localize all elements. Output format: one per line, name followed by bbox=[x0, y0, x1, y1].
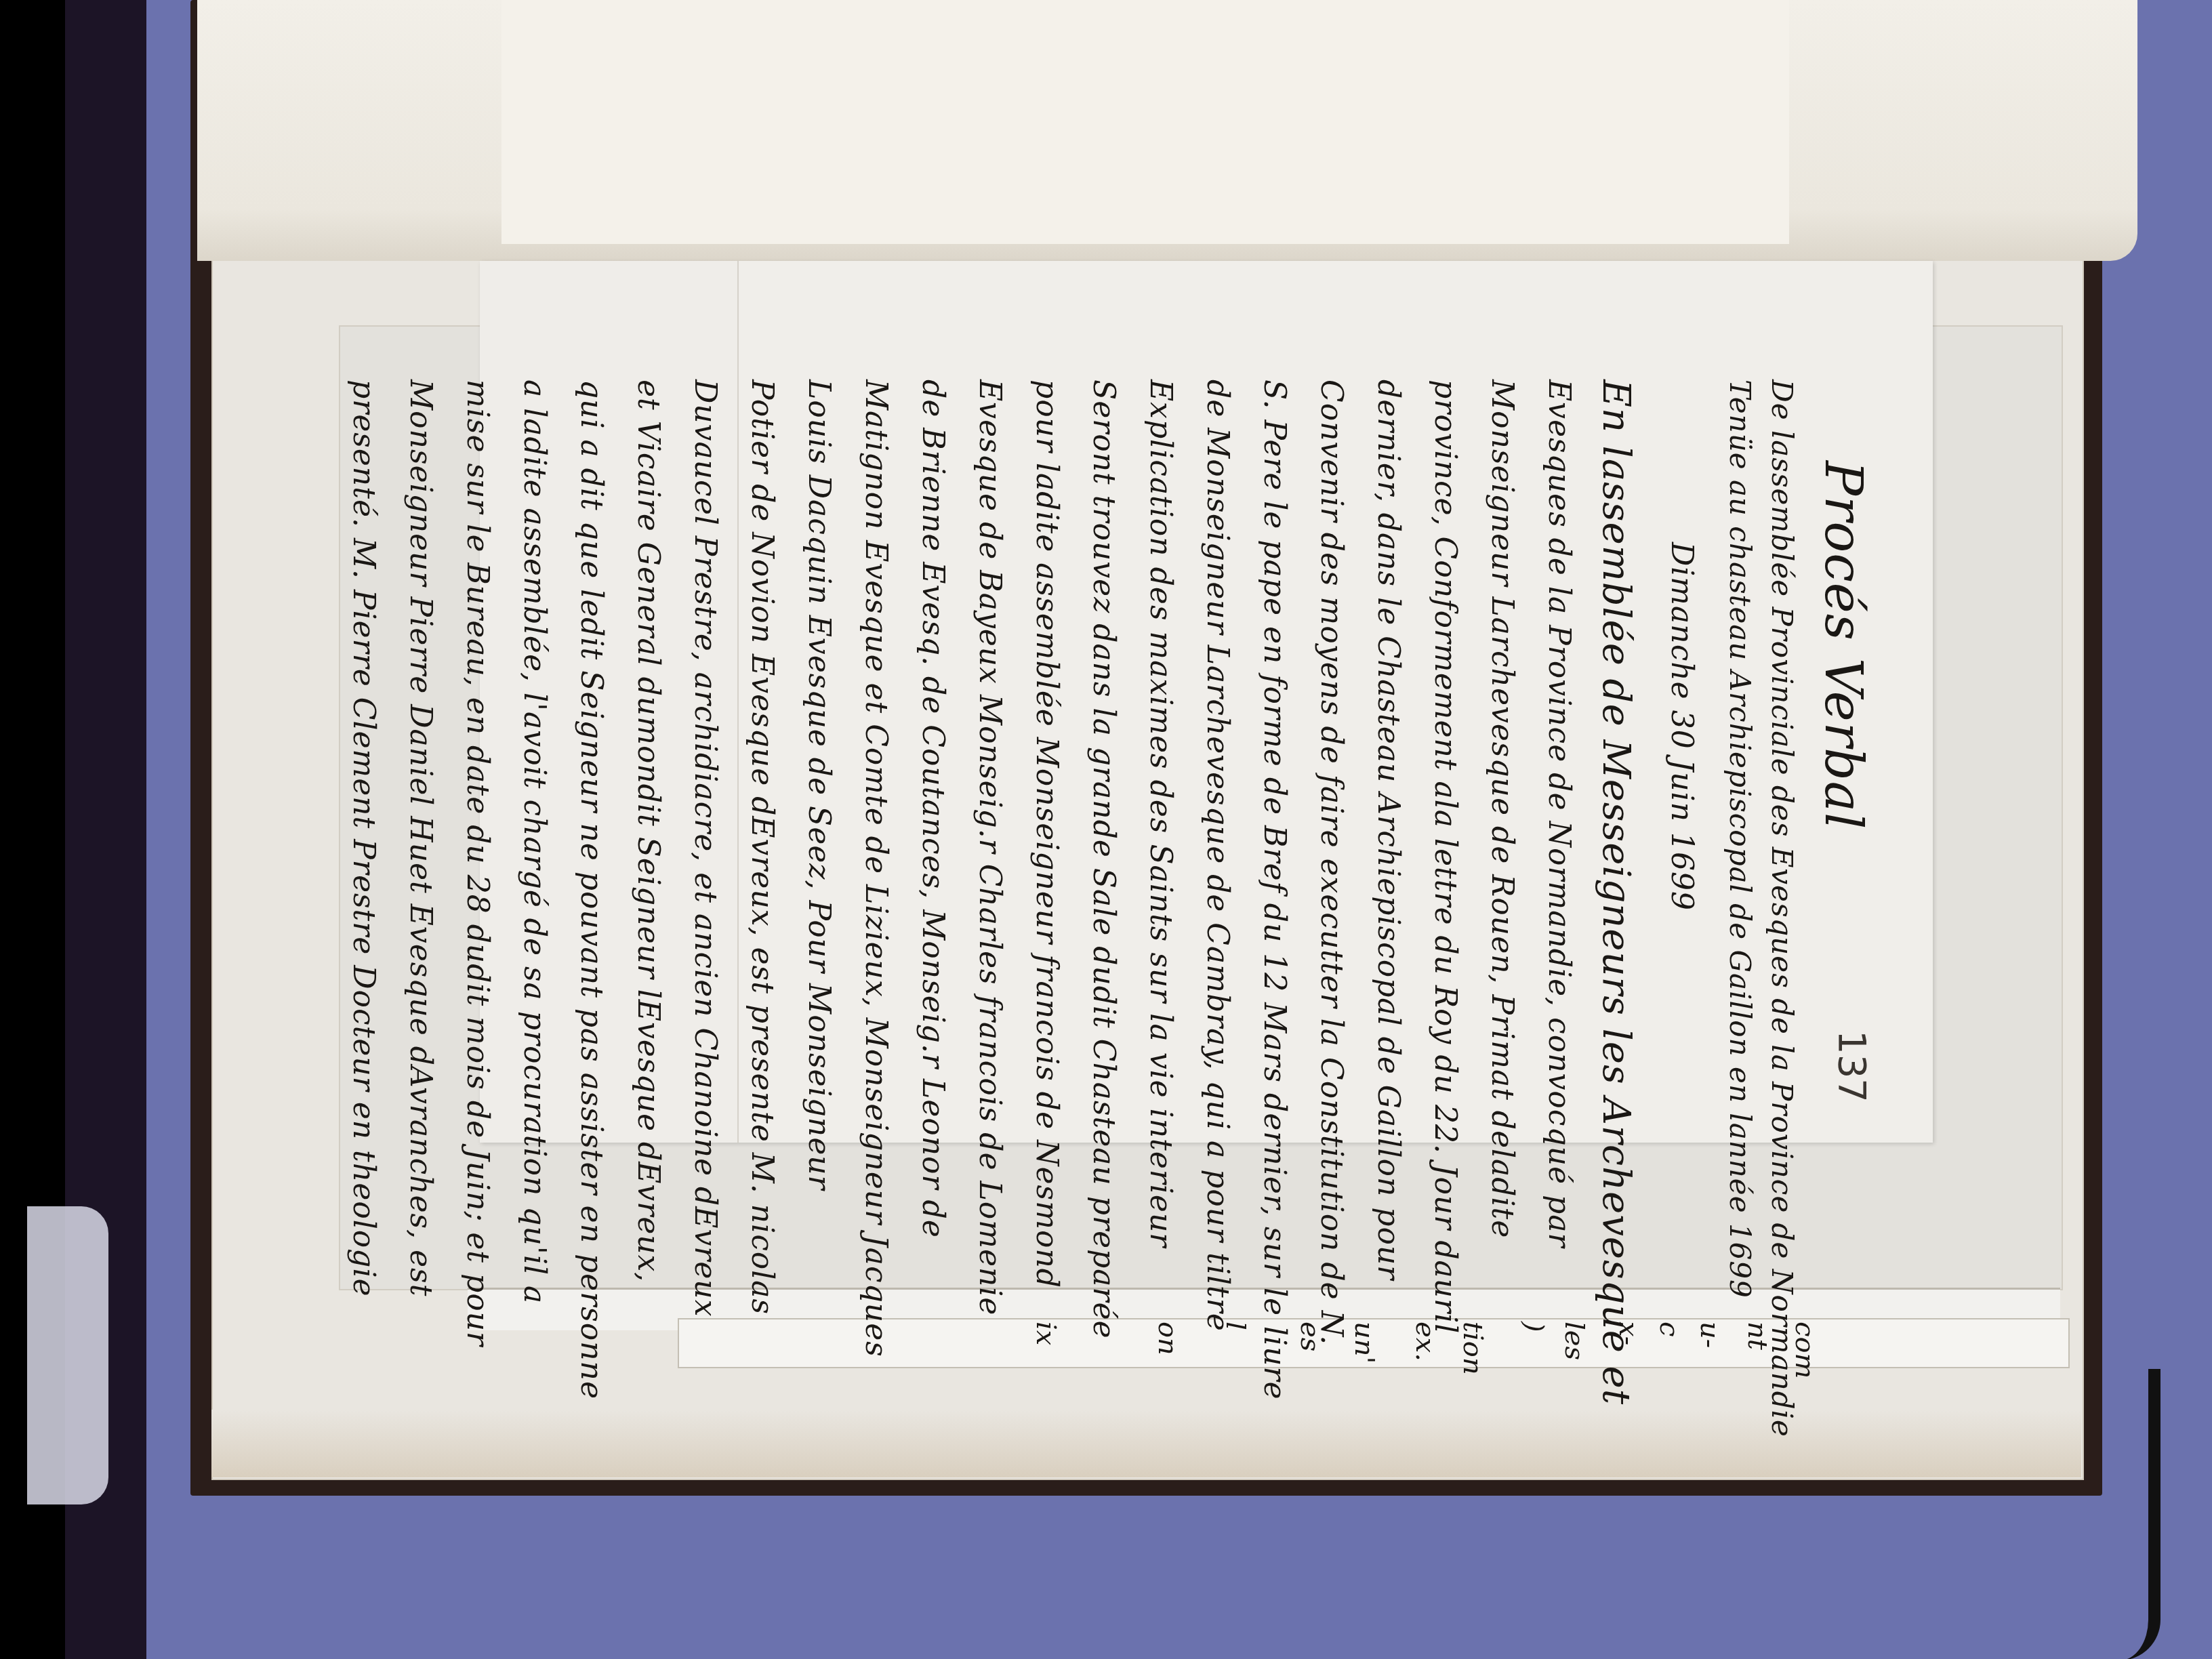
margin-fragment: x- bbox=[1613, 1322, 1644, 1345]
body-line: Evesque de Bayeux Monseig.r Charles fran… bbox=[961, 380, 1018, 1139]
margin-fragment: ) bbox=[1518, 1322, 1549, 1332]
margin-fragment: ix bbox=[1030, 1322, 1061, 1345]
body-line: Monseigneur Pierre Daniel Huet Evesque d… bbox=[392, 380, 449, 1139]
date-line: Dimanche 30 Juin 1699 bbox=[1644, 380, 1719, 1139]
margin-fragment: com bbox=[1789, 1322, 1820, 1378]
cloth-fold bbox=[27, 1206, 108, 1504]
body-line: Matignon Evesque et Comte de Lizieux, Mo… bbox=[847, 380, 904, 1139]
body-line: Potier de Novion Evesque dEvreux, est pr… bbox=[733, 380, 790, 1139]
manuscript-text: Procés Verbal De lassemblée Provinciale … bbox=[583, 380, 1884, 1139]
margin-fragment: es bbox=[1294, 1322, 1326, 1351]
margin-fragment: ex. bbox=[1410, 1322, 1441, 1361]
margin-fragment: on bbox=[1152, 1322, 1183, 1355]
body-line: qui a dit que ledit Seigneur ne pouvant … bbox=[562, 380, 619, 1139]
lower-page-edge bbox=[211, 1410, 2081, 1477]
margin-fragment: tion bbox=[1457, 1322, 1488, 1375]
subtitle-line-1: De lassemblée Provinciale des Evesques d… bbox=[1761, 380, 1803, 1139]
body-line: S. Pere le pape en forme de Bref du 12 M… bbox=[1246, 380, 1303, 1139]
body-line: de Brienne Evesq. de Coutances, Monseig.… bbox=[904, 380, 961, 1139]
body-line: presenté. M. Pierre Clement Prestre Doct… bbox=[335, 380, 392, 1139]
document-title: Procés Verbal bbox=[1803, 380, 1884, 1139]
body-line: Evesques de la Province de Normandie, co… bbox=[1530, 380, 1587, 1139]
body-line: En lassemblée de Messeigneurs les Archev… bbox=[1587, 380, 1644, 1139]
body-line: Convenir des moyens de faire executter l… bbox=[1303, 380, 1359, 1139]
subtitle-line-2: Tenüe au chasteau Archiepiscopal de Gail… bbox=[1719, 380, 1761, 1139]
margin-fragment: c bbox=[1654, 1322, 1685, 1336]
body-line: a ladite assemblée, l'avoit chargé de sa… bbox=[506, 380, 562, 1139]
body-line: Explication des maximes des Saints sur l… bbox=[1132, 380, 1189, 1139]
margin-fragment: nt bbox=[1742, 1322, 1773, 1350]
margin-fragment: u- bbox=[1694, 1322, 1725, 1348]
margin-fragment: l bbox=[1220, 1322, 1251, 1330]
body-line: pour ladite assemblée Monseigneur franco… bbox=[1018, 380, 1075, 1139]
folded-top-leaf-inner bbox=[501, 0, 1789, 244]
body-line: mise sur le Bureau, en date du 28 dudit … bbox=[449, 380, 506, 1139]
body-line: de Monseigneur Larchevesque de Cambray, … bbox=[1189, 380, 1246, 1139]
body-line: Louis Dacquin Evesque de Seez, Pour Mons… bbox=[790, 380, 847, 1139]
body-line: province, Conformement ala lettre du Roy… bbox=[1416, 380, 1473, 1139]
body-line: Seront trouvez dans la grande Sale dudit… bbox=[1075, 380, 1132, 1139]
body-line: Duvaucel Prestre, archidiacre, et ancien… bbox=[676, 380, 733, 1139]
body-line: Monseigneur Larchevesque de Rouen, Prima… bbox=[1473, 380, 1530, 1139]
margin-fragment: les bbox=[1559, 1322, 1590, 1360]
margin-fragment: un' bbox=[1349, 1322, 1380, 1364]
body-line: dernier, dans le Chasteau Archiepiscopal… bbox=[1359, 380, 1416, 1139]
body-line: et Vicaire General dumondit Seigneur lEv… bbox=[619, 380, 676, 1139]
